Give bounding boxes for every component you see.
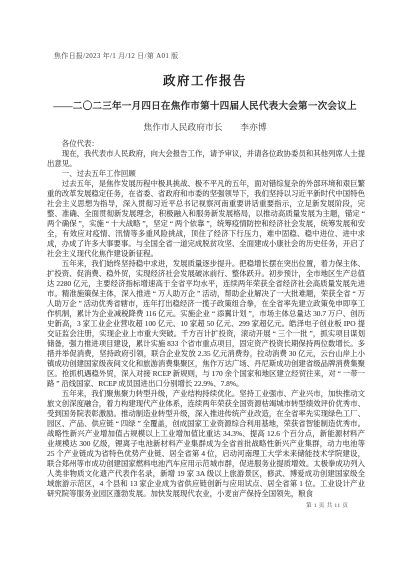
page-title: 政府工作报告	[0, 71, 410, 89]
section-heading: 一、过去五年工作回顾	[47, 169, 365, 179]
page-subtitle: ——二〇二三年一月四日在焦作市第十四届人民代表大会第一次会议上	[0, 98, 410, 112]
document-page: 焦作日报/2023 年/1 月/12 日/第 A01 版 政府工作报告 ——二〇…	[0, 0, 410, 580]
article-body: 各位代表： 现在，我代表市人民政府，向大会报告工作，请予审议，并请各位政协委员和…	[47, 139, 365, 499]
paragraph-industry: 五年来，我们聚焦聚力转型升级，产业结构持续优化。坚持工业强市、产业兴市，加快推动…	[47, 389, 365, 499]
paragraph-review: 过去五年，是焦作发展历程中极具挑战、极不平凡的五年，面对错综复杂的外部环境和艰巨…	[47, 179, 365, 259]
page-number: 第 1 页 共 11 页	[306, 501, 348, 509]
paragraph-intro: 现在，我代表市人民政府，向大会报告工作，请予审议，并请各位政协委员和其他列席人士…	[47, 149, 365, 169]
paragraph-salutation: 各位代表：	[47, 139, 365, 149]
paragraph-economy: 五年来，我们始终坚持稳中求进，发展质量逐步提升。把稳增长摆在突出位置，着力保主体…	[47, 259, 365, 389]
masthead-source-line: 焦作日报/2023 年/1 月/12 日/第 A01 版	[54, 51, 178, 61]
byline: 焦作市人民政府市长 李亦博	[0, 120, 410, 133]
